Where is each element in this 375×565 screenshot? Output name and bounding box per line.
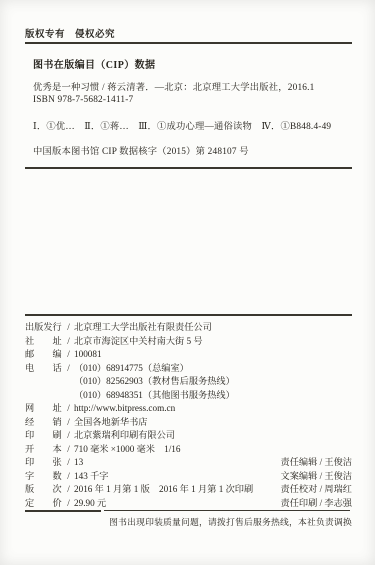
colophon-row-value: 2016 年 1 月第 1 版 2016 年 1 月第 1 次印刷 xyxy=(74,483,253,497)
colophon-row: 网 址/http://www.bitpress.com.cn xyxy=(25,402,352,416)
colophon-row-label: 网 址 xyxy=(25,402,63,416)
colophon-row: 印 刷/北京紫瑞利印刷有限公司 xyxy=(25,429,352,443)
colophon-row-separator: / xyxy=(63,362,74,376)
cip-title-author-line: 优秀是一种习惯 / 蒋云清著．—北京：北京理工大学出版社，2016.1 xyxy=(33,79,315,93)
colophon-row-separator: / xyxy=(63,456,74,470)
colophon-row: （010）68948351（其他图书服务热线） xyxy=(25,389,352,403)
colophon-row: 出版发行/北京理工大学出版社有限责任公司 xyxy=(25,321,352,335)
colophon-row-value: 13 xyxy=(74,456,83,470)
colophon-row-value: 北京市海淀区中关村南大街 5 号 xyxy=(74,335,203,349)
colophon-row: 版 次/2016 年 1 月第 1 版 2016 年 1 月第 1 次印刷责任校… xyxy=(25,483,352,497)
colophon-row-value: （010）68914775（总编室） xyxy=(74,362,189,376)
colophon-row-separator: / xyxy=(63,429,74,443)
colophon-row-staff-credit: 责任编辑 / 王俊洁 xyxy=(281,456,352,470)
colophon-row-separator: / xyxy=(63,416,74,430)
colophon-row-value: （010）68948351（其他图书服务热线） xyxy=(74,389,235,403)
colophon-row: 经 销/全国各地新华书店 xyxy=(25,416,352,430)
colophon-row-separator: / xyxy=(63,321,74,335)
colophon-row-value: 100081 xyxy=(74,348,102,362)
colophon-row: （010）82562903（教材售后服务热线） xyxy=(25,375,352,389)
colophon-row-value: 北京紫瑞利印刷有限公司 xyxy=(74,429,175,443)
colophon-row-staff-credit: 责任校对 / 周瑞红 xyxy=(281,483,352,497)
cip-record-number-line: 中国版本图书馆 CIP 数据核字（2015）第 248107 号 xyxy=(33,143,249,157)
colophon-row-separator: / xyxy=(63,335,74,349)
colophon-row-separator: / xyxy=(63,348,74,362)
cip-heading: 图书在版编目（CIP）数据 xyxy=(33,56,155,71)
colophon-row-label: 定 价 xyxy=(25,497,63,511)
colophon-row-staff-credit: 责任印刷 / 李志强 xyxy=(281,497,352,511)
colophon-row-value: 北京理工大学出版社有限责任公司 xyxy=(74,321,212,335)
colophon-row-separator: / xyxy=(63,443,74,457)
colophon-row: 开 本/710 毫米 ×1000 毫米 1/16 xyxy=(25,443,352,457)
cip-bottom-divider xyxy=(25,167,352,169)
colophon-row: 邮 编/100081 xyxy=(25,348,352,362)
colophon-row: 社 址/北京市海淀区中关村南大街 5 号 xyxy=(25,335,352,349)
colophon-row-label: 社 址 xyxy=(25,335,63,349)
colophon-row-value: 29.90 元 xyxy=(74,497,106,511)
colophon-row-label: 版 次 xyxy=(25,483,63,497)
bottom-divider-left xyxy=(25,510,101,512)
colophon-row-label: 字 数 xyxy=(25,470,63,484)
bottom-divider-right xyxy=(104,510,350,512)
colophon-row-label: 印 刷 xyxy=(25,429,63,443)
isbn-line: ISBN 978-7-5682-1411-7 xyxy=(33,95,133,105)
colophon-row-staff-credit: 文案编辑 / 王俊洁 xyxy=(281,470,352,484)
colophon-row: 定 价/29.90 元责任印刷 / 李志强 xyxy=(25,497,352,511)
colophon-top-divider xyxy=(25,314,352,316)
colophon-row-value: （010）82562903（教材售后服务热线） xyxy=(74,375,235,389)
top-divider xyxy=(25,42,352,44)
colophon-row-label: 出版发行 xyxy=(25,321,63,335)
quality-note: 图书出现印装质量问题，请拨打售后服务热线，本社负责调换 xyxy=(23,515,352,528)
colophon-row-label: 邮 编 xyxy=(25,348,63,362)
colophon-row-value: http://www.bitpress.com.cn xyxy=(74,402,175,416)
colophon-row: 字 数/143 千字文案编辑 / 王俊洁 xyxy=(25,470,352,484)
colophon-row-label: 电 话 xyxy=(25,362,63,376)
copyright-page: 版权专有 侵权必究 图书在版编目（CIP）数据 优秀是一种习惯 / 蒋云清著．—… xyxy=(0,0,375,565)
colophon-row-separator: / xyxy=(63,497,74,511)
colophon-row-separator: / xyxy=(63,470,74,484)
colophon-row-label: 开 本 xyxy=(25,443,63,457)
colophon-row-separator: / xyxy=(63,402,74,416)
cip-classification-line: Ⅰ．①优… Ⅱ．①蒋… Ⅲ．①成功心理—通俗读物 Ⅳ．①B848.4-49 xyxy=(33,118,331,132)
colophon-row-value: 全国各地新华书店 xyxy=(74,416,148,430)
colophon-table: 出版发行/北京理工大学出版社有限责任公司社 址/北京市海淀区中关村南大街 5 号… xyxy=(25,321,352,510)
colophon-row-value: 710 毫米 ×1000 毫米 1/16 xyxy=(74,443,181,457)
colophon-row: 印 张/13责任编辑 / 王俊洁 xyxy=(25,456,352,470)
copyright-notice: 版权专有 侵权必究 xyxy=(25,26,115,40)
colophon-row-value: 143 千字 xyxy=(74,470,108,484)
colophon-row-label: 经 销 xyxy=(25,416,63,430)
colophon-row: 电 话/（010）68914775（总编室） xyxy=(25,362,352,376)
colophon-row-separator: / xyxy=(63,483,74,497)
colophon-row-label: 印 张 xyxy=(25,456,63,470)
